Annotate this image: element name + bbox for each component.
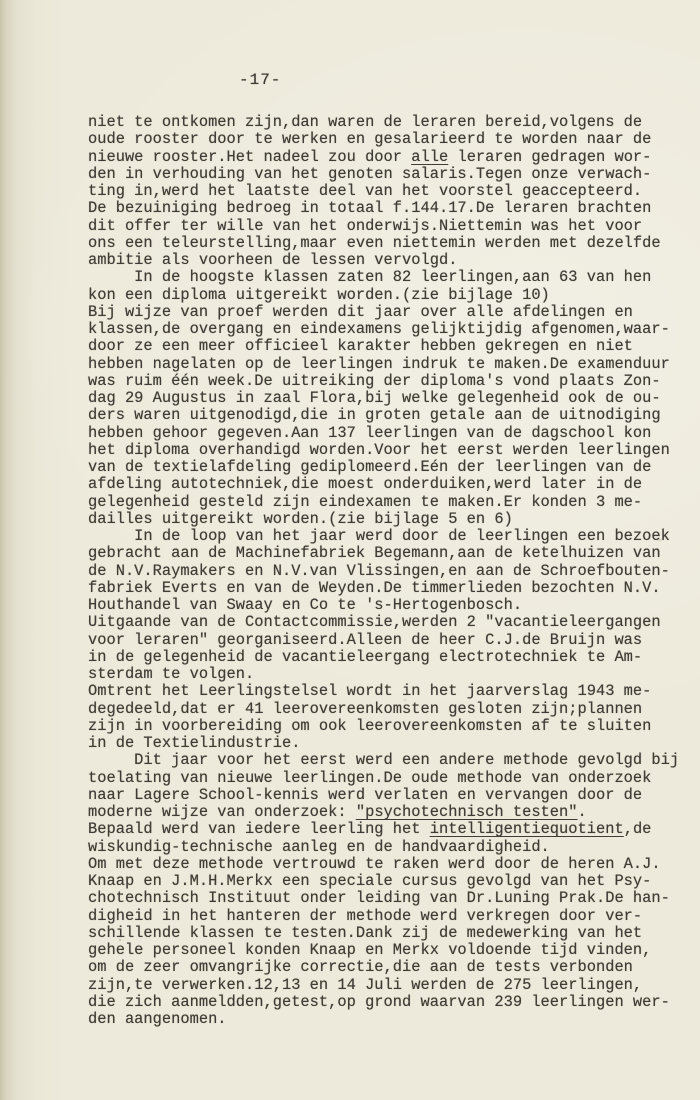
text-line: voor leraren" georganiseerd.Alleen de he… bbox=[88, 632, 698, 649]
text-line: sterdam te volgen. bbox=[88, 666, 698, 683]
text-segment: hebben nagelaten op de leerlingen indruk… bbox=[88, 355, 670, 373]
text-line: Dit jaar voor het eerst werd een andere … bbox=[88, 752, 698, 769]
text-line: schillende klassen te testen.Dank zij de… bbox=[88, 925, 698, 942]
text-line: afdeling autotechniek,die moest onderdui… bbox=[88, 476, 698, 493]
text-segment: het diploma overhandigd worden.Voor het … bbox=[88, 441, 670, 459]
text-segment: niet te ontkomen zijn,dan waren de lerar… bbox=[88, 113, 642, 131]
text-line: ons een teleurstelling,maar even niettem… bbox=[88, 235, 698, 252]
text-segment: dag 29 Augustus in zaal Flora,bij welke … bbox=[88, 389, 661, 407]
text-segment: zijn in voorbereiding om ook leerovereen… bbox=[88, 717, 651, 735]
text-segment: ,de bbox=[624, 820, 652, 838]
text-segment: fabriek Everts en van de Weyden.De timme… bbox=[88, 579, 661, 597]
text-segment: wiskundig-technische aanleg en de handva… bbox=[88, 838, 550, 856]
text-segment: de N.V.Raymakers en N.V.van Vlissingen,e… bbox=[88, 562, 670, 580]
text-line: degedeeld,dat er 41 leerovereenkomsten g… bbox=[88, 701, 698, 718]
text-line: ambitie als voorheen de lessen vervolgd. bbox=[88, 252, 698, 269]
text-line: in de Textielindustrie. bbox=[88, 735, 698, 752]
text-segment: ons een teleurstelling,maar even niettem… bbox=[88, 234, 661, 252]
text-segment: Bepaald werd van iedere leerling het bbox=[88, 820, 430, 838]
text-line: dag 29 Augustus in zaal Flora,bij welke … bbox=[88, 390, 698, 407]
text-line: In de hoogste klassen zaten 82 leerlinge… bbox=[88, 269, 698, 286]
text-segment: Houthandel van Swaay en Co te 's-Hertoge… bbox=[88, 596, 522, 614]
text-segment: ambitie als voorheen de lessen vervolgd. bbox=[88, 251, 457, 269]
text-line: in de gelegenheid de vacantieleergang el… bbox=[88, 649, 698, 666]
text-line: moderne wijze van onderzoek: "psychotech… bbox=[88, 804, 698, 821]
text-segment: voor leraren" georganiseerd.Alleen de he… bbox=[88, 631, 642, 649]
text-line: hebben gehoor gegeven.Aan 137 leerlingen… bbox=[88, 425, 698, 442]
text-segment: door ze een meer officieel karakter hebb… bbox=[88, 337, 633, 355]
text-line: den in verhouding van het genoten salari… bbox=[88, 166, 698, 183]
text-line: gelegenheid gesteld zijn eindexamen te m… bbox=[88, 494, 698, 511]
text-line: Om met deze methode vertrouwd te raken w… bbox=[88, 856, 698, 873]
text-segment: ders waren uitgenodigd,die in groten get… bbox=[88, 406, 661, 424]
text-segment: in de Textielindustrie. bbox=[88, 734, 300, 752]
text-line: het diploma overhandigd worden.Voor het … bbox=[88, 442, 698, 459]
page-number: -17- bbox=[239, 71, 281, 89]
text-segment: den aangenomen. bbox=[88, 1010, 227, 1028]
text-segment: naar Lagere School-kennis werd verlaten … bbox=[88, 786, 642, 804]
text-line: Bij wijze van proef werden dit jaar over… bbox=[88, 304, 698, 321]
text-segment: zijn,te verwerken.12,13 en 14 Juli werde… bbox=[88, 976, 642, 994]
text-segment: van de textielafdeling gediplomeerd.Eén … bbox=[88, 458, 651, 476]
text-line: Bepaald werd van iedere leerling het int… bbox=[88, 821, 698, 838]
scanned-document-page: -17- niet te ontkomen zijn,dan waren de … bbox=[0, 0, 700, 1100]
text-segment: gebracht aan de Machinefabriek Begemann,… bbox=[88, 544, 661, 562]
text-segment: Om met deze methode vertrouwd te raken w… bbox=[88, 855, 661, 873]
text-line: wiskundig-technische aanleg en de handva… bbox=[88, 839, 698, 856]
text-segment: klassen,de overgang en eindexamens gelij… bbox=[88, 320, 670, 338]
text-segment: gelegenheid gesteld zijn eindexamen te m… bbox=[88, 493, 642, 511]
text-line: zijn,te verwerken.12,13 en 14 Juli werde… bbox=[88, 977, 698, 994]
text-segment: sterdam te volgen. bbox=[88, 665, 254, 683]
text-segment: afdeling autotechniek,die moest onderdui… bbox=[88, 475, 642, 493]
underlined-text: "psychotechnisch testen" bbox=[356, 803, 578, 821]
text-segment: om de zeer omvangrijke correctie,die aan… bbox=[88, 958, 633, 976]
text-line: chotechnisch Instituut onder leiding van… bbox=[88, 890, 698, 907]
text-segment: was ruim één week.De uitreiking der dipl… bbox=[88, 372, 661, 390]
text-line: nieuwe rooster.Het nadeel zou door alle … bbox=[88, 149, 698, 166]
text-segment: chotechnisch Instituut onder leiding van… bbox=[88, 889, 670, 907]
text-line: was ruim één week.De uitreiking der dipl… bbox=[88, 373, 698, 390]
text-segment: In de loop van het jaar werd door de lee… bbox=[88, 527, 670, 545]
text-line: In de loop van het jaar werd door de lee… bbox=[88, 528, 698, 545]
text-line: dit offer ter wille van het onderwijs.Ni… bbox=[88, 218, 698, 235]
text-line: van de textielafdeling gediplomeerd.Eén … bbox=[88, 459, 698, 476]
text-segment: degedeeld,dat er 41 leerovereenkomsten g… bbox=[88, 700, 642, 718]
text-line: ting in,werd het laatste deel van het vo… bbox=[88, 183, 698, 200]
text-line: Knaap en J.M.H.Merkx een speciale cursus… bbox=[88, 873, 698, 890]
text-segment: Omtrent het Leerlingstelsel wordt in het… bbox=[88, 682, 651, 700]
text-segment: Knaap en J.M.H.Merkx een speciale cursus… bbox=[88, 872, 651, 890]
text-segment: hebben gehoor gegeven.Aan 137 leerlingen… bbox=[88, 424, 651, 442]
text-segment: oude rooster door te werken en gesalarie… bbox=[88, 130, 651, 148]
text-line: gebracht aan de Machinefabriek Begemann,… bbox=[88, 545, 698, 562]
text-segment: die zich aanmeldden,getest,op grond waar… bbox=[88, 993, 670, 1011]
text-line: dailles uitgereikt worden.(zie bijlage 5… bbox=[88, 511, 698, 528]
text-segment: schillende klassen te testen.Dank zij de… bbox=[88, 924, 642, 942]
underlined-text: alle bbox=[411, 148, 448, 166]
text-segment: in de gelegenheid de vacantieleergang el… bbox=[88, 648, 642, 666]
text-line: De bezuiniging bedroeg in totaal f.144.1… bbox=[88, 200, 698, 217]
text-segment: In de hoogste klassen zaten 82 leerlinge… bbox=[88, 268, 651, 286]
text-segment: De bezuiniging bedroeg in totaal f.144.1… bbox=[88, 199, 651, 217]
text-segment: leraren gedragen wor- bbox=[448, 148, 651, 166]
text-line: om de zeer omvangrijke correctie,die aan… bbox=[88, 959, 698, 976]
text-line: digheid in het hanteren der methode werd… bbox=[88, 908, 698, 925]
text-line: gehele personeel konden Knaap en Merkx v… bbox=[88, 942, 698, 959]
text-segment: kon een diploma uitgereikt worden.(zie b… bbox=[88, 286, 550, 304]
text-line: oude rooster door te werken en gesalarie… bbox=[88, 131, 698, 148]
text-line: kon een diploma uitgereikt worden.(zie b… bbox=[88, 287, 698, 304]
text-segment: nieuwe rooster.Het nadeel zou door bbox=[88, 148, 411, 166]
text-segment: den in verhouding van het genoten salari… bbox=[88, 165, 651, 183]
text-line: naar Lagere School-kennis werd verlaten … bbox=[88, 787, 698, 804]
text-segment: gehele personeel konden Knaap en Merkx v… bbox=[88, 941, 651, 959]
text-segment: Bij wijze van proef werden dit jaar over… bbox=[88, 303, 633, 321]
text-line: zijn in voorbereiding om ook leerovereen… bbox=[88, 718, 698, 735]
text-segment: ting in,werd het laatste deel van het vo… bbox=[88, 182, 642, 200]
text-line: Omtrent het Leerlingstelsel wordt in het… bbox=[88, 683, 698, 700]
text-segment: Dit jaar voor het eerst werd een andere … bbox=[88, 751, 679, 769]
text-segment: . bbox=[578, 803, 587, 821]
text-line: fabriek Everts en van de Weyden.De timme… bbox=[88, 580, 698, 597]
text-segment: Uitgaande van de Contactcommissie,werden… bbox=[88, 613, 661, 631]
text-line: door ze een meer officieel karakter hebb… bbox=[88, 338, 698, 355]
text-line: niet te ontkomen zijn,dan waren de lerar… bbox=[88, 114, 698, 131]
text-segment: dit offer ter wille van het onderwijs.Ni… bbox=[88, 217, 642, 235]
text-line: klassen,de overgang en eindexamens gelij… bbox=[88, 321, 698, 338]
typewritten-text-body: niet te ontkomen zijn,dan waren de lerar… bbox=[88, 114, 698, 1028]
text-segment: dailles uitgereikt worden.(zie bijlage 5… bbox=[88, 510, 513, 528]
underlined-text: intelligentiequotient bbox=[430, 820, 624, 838]
text-line: Houthandel van Swaay en Co te 's-Hertoge… bbox=[88, 597, 698, 614]
text-segment: digheid in het hanteren der methode werd… bbox=[88, 907, 642, 925]
text-line: de N.V.Raymakers en N.V.van Vlissingen,e… bbox=[88, 563, 698, 580]
text-line: den aangenomen. bbox=[88, 1011, 698, 1028]
text-line: Uitgaande van de Contactcommissie,werden… bbox=[88, 614, 698, 631]
text-line: ders waren uitgenodigd,die in groten get… bbox=[88, 407, 698, 424]
text-segment: toelating van nieuwe leerlingen.De oude … bbox=[88, 769, 651, 787]
text-line: die zich aanmeldden,getest,op grond waar… bbox=[88, 994, 698, 1011]
text-segment: moderne wijze van onderzoek: bbox=[88, 803, 356, 821]
text-line: hebben nagelaten op de leerlingen indruk… bbox=[88, 356, 698, 373]
text-line: toelating van nieuwe leerlingen.De oude … bbox=[88, 770, 698, 787]
